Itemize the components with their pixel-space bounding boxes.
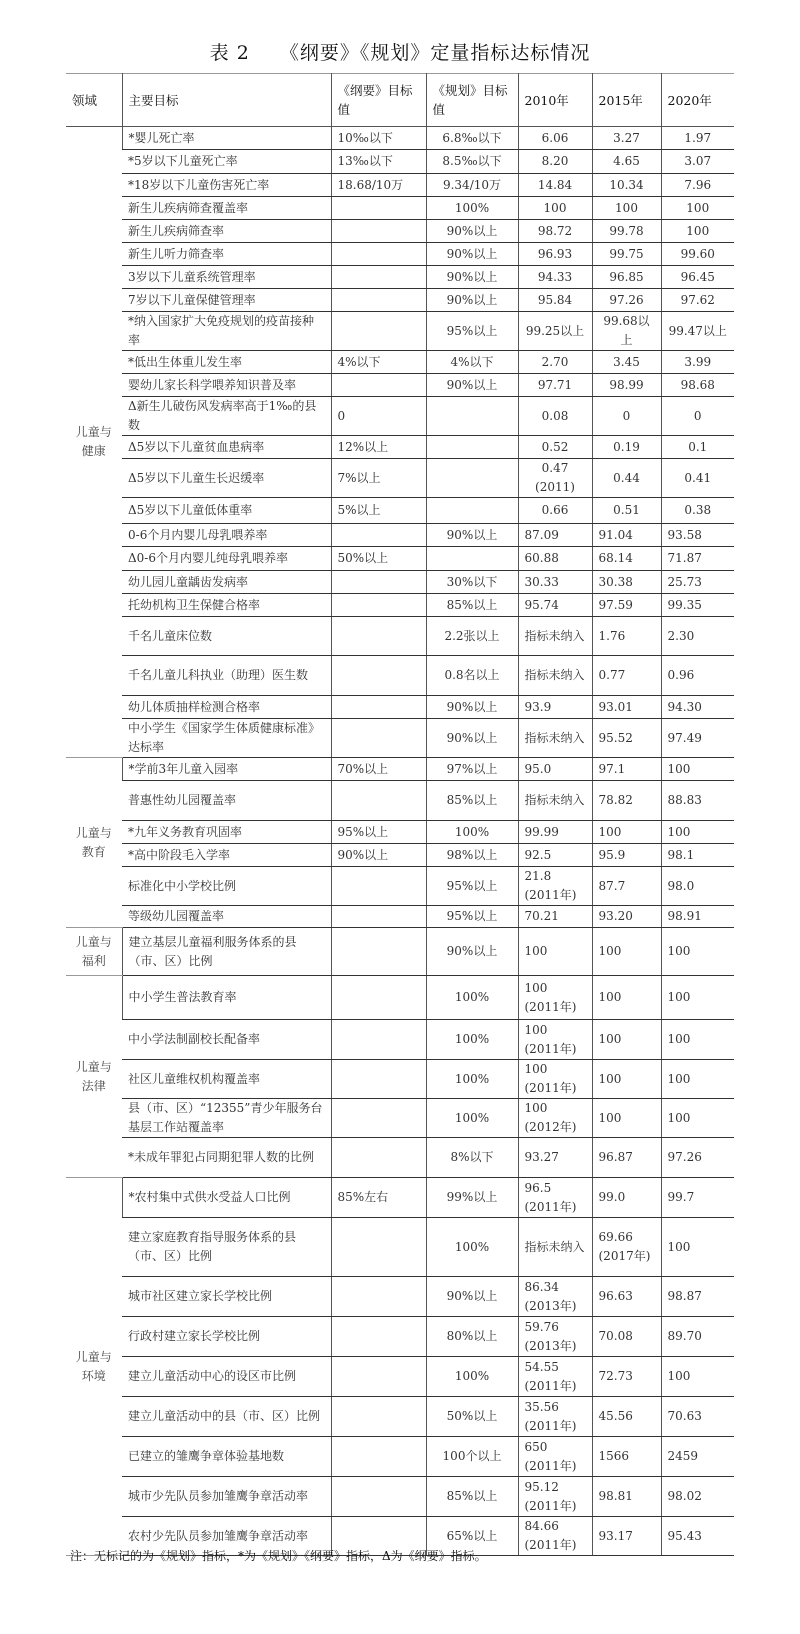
gangyao-cell bbox=[331, 719, 426, 758]
table-row: *18岁以下儿童伤害死亡率18.68/10万9.34/10万14.8410.34… bbox=[66, 174, 734, 197]
guihua-cell: 85%以上 bbox=[426, 1477, 518, 1517]
y2020-cell: 99.35 bbox=[661, 594, 734, 617]
guihua-cell: 90%以上 bbox=[426, 1277, 518, 1317]
guihua-cell: 100% bbox=[426, 1060, 518, 1099]
y2020-cell: 96.45 bbox=[661, 266, 734, 289]
y2015-cell: 100 bbox=[592, 976, 661, 1020]
table-row: *5岁以下儿童死亡率13‰以下8.5‰以下8.204.653.07 bbox=[66, 150, 734, 174]
y2015-cell: 99.78 bbox=[592, 220, 661, 243]
y2010-cell: 96.5 (2011年) bbox=[518, 1178, 592, 1218]
table-row: 中小学法制副校长配备率100%100 (2011年)100100 bbox=[66, 1020, 734, 1060]
y2010-cell: 指标未纳入 bbox=[518, 656, 592, 696]
goal-cell: Δ0-6个月内婴儿纯母乳喂养率 bbox=[122, 547, 331, 571]
y2020-cell: 98.0 bbox=[661, 867, 734, 906]
guihua-cell: 4%以下 bbox=[426, 351, 518, 374]
y2020-cell: 88.83 bbox=[661, 781, 734, 821]
table-row: *纳入国家扩大免疫规划的疫苗接种率95%以上99.25以上99.68以上99.4… bbox=[66, 312, 734, 351]
y2015-cell: 78.82 bbox=[592, 781, 661, 821]
header-gangyao-target: 《纲要》目标值 bbox=[331, 74, 426, 127]
y2015-cell: 100 bbox=[592, 821, 661, 844]
y2015-cell: 87.7 bbox=[592, 867, 661, 906]
table-row: 0-6个月内婴儿母乳喂养率90%以上87.0991.0493.58 bbox=[66, 524, 734, 547]
goal-cell: 千名儿童床位数 bbox=[122, 617, 331, 656]
y2020-cell: 98.91 bbox=[661, 906, 734, 928]
table-row: 婴幼儿家长科学喂养知识普及率90%以上97.7198.9998.68 bbox=[66, 374, 734, 397]
y2010-cell: 0.66 bbox=[518, 498, 592, 524]
y2015-cell: 10.34 bbox=[592, 174, 661, 197]
y2020-cell: 0.1 bbox=[661, 436, 734, 459]
y2010-cell: 86.34 (2013年) bbox=[518, 1277, 592, 1317]
y2015-cell: 0.51 bbox=[592, 498, 661, 524]
y2010-cell: 指标未纳入 bbox=[518, 617, 592, 656]
gangyao-cell bbox=[331, 243, 426, 266]
guihua-cell: 90%以上 bbox=[426, 719, 518, 758]
goal-cell: *高中阶段毛入学率 bbox=[122, 844, 331, 867]
y2015-cell: 72.73 bbox=[592, 1357, 661, 1397]
y2020-cell: 0.41 bbox=[661, 459, 734, 498]
y2010-cell: 98.72 bbox=[518, 220, 592, 243]
table-row: *高中阶段毛入学率90%以上98%以上92.595.998.1 bbox=[66, 844, 734, 867]
y2020-cell: 0 bbox=[661, 397, 734, 436]
gangyao-cell bbox=[331, 976, 426, 1020]
y2010-cell: 21.8 (2011年) bbox=[518, 867, 592, 906]
guihua-cell: 95%以上 bbox=[426, 312, 518, 351]
y2015-cell: 100 bbox=[592, 1060, 661, 1099]
gangyao-cell: 5%以上 bbox=[331, 498, 426, 524]
table-row: 标准化中小学校比例95%以上21.8 (2011年)87.798.0 bbox=[66, 867, 734, 906]
goal-cell: 县（市、区）“12355”青少年服务台基层工作站覆盖率 bbox=[122, 1099, 331, 1138]
y2010-cell: 87.09 bbox=[518, 524, 592, 547]
y2010-cell: 指标未纳入 bbox=[518, 1218, 592, 1277]
y2010-cell: 70.21 bbox=[518, 906, 592, 928]
y2015-cell: 96.63 bbox=[592, 1277, 661, 1317]
y2010-cell: 59.76 (2013年) bbox=[518, 1317, 592, 1357]
goal-cell: 3岁以下儿童系统管理率 bbox=[122, 266, 331, 289]
gangyao-cell bbox=[331, 1099, 426, 1138]
guihua-cell: 90%以上 bbox=[426, 696, 518, 719]
y2015-cell: 100 bbox=[592, 197, 661, 220]
guihua-cell: 8.5‰以下 bbox=[426, 150, 518, 174]
y2010-cell: 99.25以上 bbox=[518, 312, 592, 351]
table-row: Δ0-6个月内婴儿纯母乳喂养率50%以上60.8868.1471.87 bbox=[66, 547, 734, 571]
table-row: 儿童与法律中小学生普法教育率100%100 (2011年)100100 bbox=[66, 976, 734, 1020]
y2015-cell: 3.27 bbox=[592, 127, 661, 150]
y2020-cell: 7.96 bbox=[661, 174, 734, 197]
y2010-cell: 95.74 bbox=[518, 594, 592, 617]
guihua-cell: 98%以上 bbox=[426, 844, 518, 867]
y2010-cell: 0.52 bbox=[518, 436, 592, 459]
y2010-cell: 100 bbox=[518, 197, 592, 220]
gangyao-cell bbox=[331, 1397, 426, 1437]
guihua-cell: 100% bbox=[426, 1020, 518, 1060]
goal-cell: *学前3年儿童入园率 bbox=[122, 758, 331, 781]
guihua-cell bbox=[426, 459, 518, 498]
gangyao-cell: 95%以上 bbox=[331, 821, 426, 844]
guihua-cell: 90%以上 bbox=[426, 243, 518, 266]
gangyao-cell: 18.68/10万 bbox=[331, 174, 426, 197]
y2015-cell: 99.0 bbox=[592, 1178, 661, 1218]
y2015-cell: 99.68以上 bbox=[592, 312, 661, 351]
y2015-cell: 100 bbox=[592, 928, 661, 976]
y2010-cell: 100 (2011年) bbox=[518, 976, 592, 1020]
gangyao-cell bbox=[331, 1138, 426, 1178]
goal-cell: 城市少先队员参加雏鹰争章活动率 bbox=[122, 1477, 331, 1517]
guihua-cell bbox=[426, 498, 518, 524]
header-2015: 2015年 bbox=[592, 74, 661, 127]
header-domain: 领域 bbox=[66, 74, 122, 127]
gangyao-cell bbox=[331, 374, 426, 397]
goal-cell: *18岁以下儿童伤害死亡率 bbox=[122, 174, 331, 197]
table-row: 城市社区建立家长学校比例90%以上86.34 (2013年)96.6398.87 bbox=[66, 1277, 734, 1317]
y2015-cell: 0.77 bbox=[592, 656, 661, 696]
gangyao-cell bbox=[331, 289, 426, 312]
table-row: 儿童与教育*学前3年儿童入园率70%以上97%以上95.097.1100 bbox=[66, 758, 734, 781]
header-2020: 2020年 bbox=[661, 74, 734, 127]
gangyao-cell: 0 bbox=[331, 397, 426, 436]
goal-cell: 千名儿童儿科执业（助理）医生数 bbox=[122, 656, 331, 696]
y2020-cell: 97.26 bbox=[661, 1138, 734, 1178]
y2020-cell: 94.30 bbox=[661, 696, 734, 719]
table-row: 等级幼儿园覆盖率95%以上70.2193.2098.91 bbox=[66, 906, 734, 928]
table-row: 儿童与环境*农村集中式供水受益人口比例85%左右99%以上96.5 (2011年… bbox=[66, 1178, 734, 1218]
y2015-cell: 68.14 bbox=[592, 547, 661, 571]
y2010-cell: 60.88 bbox=[518, 547, 592, 571]
y2015-cell: 0 bbox=[592, 397, 661, 436]
y2010-cell: 54.55 (2011年) bbox=[518, 1357, 592, 1397]
gangyao-cell bbox=[331, 1277, 426, 1317]
guihua-cell bbox=[426, 547, 518, 571]
guihua-cell: 0.8名以上 bbox=[426, 656, 518, 696]
y2015-cell: 97.26 bbox=[592, 289, 661, 312]
y2015-cell: 69.66 (2017年) bbox=[592, 1218, 661, 1277]
y2020-cell: 100 bbox=[661, 1218, 734, 1277]
gangyao-cell: 13‰以下 bbox=[331, 150, 426, 174]
goal-cell: 建立基层儿童福利服务体系的县（市、区）比例 bbox=[122, 928, 331, 976]
goal-cell: 行政村建立家长学校比例 bbox=[122, 1317, 331, 1357]
y2010-cell: 100 (2012年) bbox=[518, 1099, 592, 1138]
guihua-cell: 6.8‰以下 bbox=[426, 127, 518, 150]
guihua-cell: 97%以上 bbox=[426, 758, 518, 781]
guihua-cell: 95%以上 bbox=[426, 867, 518, 906]
y2015-cell: 97.59 bbox=[592, 594, 661, 617]
table-row: 县（市、区）“12355”青少年服务台基层工作站覆盖率100%100 (2012… bbox=[66, 1099, 734, 1138]
gangyao-cell bbox=[331, 867, 426, 906]
y2020-cell: 100 bbox=[661, 220, 734, 243]
goal-cell: Δ5岁以下儿童生长迟缓率 bbox=[122, 459, 331, 498]
y2015-cell: 96.85 bbox=[592, 266, 661, 289]
y2015-cell: 1.76 bbox=[592, 617, 661, 656]
gangyao-cell bbox=[331, 266, 426, 289]
y2015-cell: 30.38 bbox=[592, 571, 661, 594]
goal-cell: 建立儿童活动中心的设区市比例 bbox=[122, 1357, 331, 1397]
domain-cell: 儿童与环境 bbox=[66, 1178, 122, 1556]
goal-cell: 已建立的雏鹰争章体验基地数 bbox=[122, 1437, 331, 1477]
goal-cell: 标准化中小学校比例 bbox=[122, 867, 331, 906]
goal-cell: Δ5岁以下儿童贫血患病率 bbox=[122, 436, 331, 459]
guihua-cell: 100% bbox=[426, 197, 518, 220]
y2020-cell: 100 bbox=[661, 758, 734, 781]
gangyao-cell bbox=[331, 197, 426, 220]
table-note: 注：无标记的为《规划》指标，*为《规划》《纲要》指标，Δ为《纲要》指标。 bbox=[70, 1547, 487, 1564]
table-row: 千名儿童儿科执业（助理）医生数0.8名以上指标未纳入0.770.96 bbox=[66, 656, 734, 696]
domain-cell: 儿童与健康 bbox=[66, 127, 122, 758]
indicator-table: 领域 主要目标 《纲要》目标值 《规划》目标值 2010年 2015年 2020… bbox=[66, 73, 734, 1556]
goal-cell: 建立儿童活动中的县（市、区）比例 bbox=[122, 1397, 331, 1437]
guihua-cell: 85%以上 bbox=[426, 594, 518, 617]
guihua-cell: 85%以上 bbox=[426, 781, 518, 821]
table-row: 新生儿疾病筛查率90%以上98.7299.78100 bbox=[66, 220, 734, 243]
gangyao-cell bbox=[331, 524, 426, 547]
guihua-cell: 80%以上 bbox=[426, 1317, 518, 1357]
guihua-cell: 100% bbox=[426, 976, 518, 1020]
y2020-cell: 98.87 bbox=[661, 1277, 734, 1317]
y2015-cell: 45.56 bbox=[592, 1397, 661, 1437]
y2015-cell: 96.87 bbox=[592, 1138, 661, 1178]
table-row: 建立儿童活动中的县（市、区）比例50%以上35.56 (2011年)45.567… bbox=[66, 1397, 734, 1437]
gangyao-cell bbox=[331, 571, 426, 594]
gangyao-cell bbox=[331, 906, 426, 928]
goal-cell: 新生儿疾病筛查覆盖率 bbox=[122, 197, 331, 220]
guihua-cell: 50%以上 bbox=[426, 1397, 518, 1437]
y2015-cell: 93.17 bbox=[592, 1517, 661, 1556]
domain-cell: 儿童与法律 bbox=[66, 976, 122, 1178]
y2010-cell: 指标未纳入 bbox=[518, 781, 592, 821]
y2020-cell: 100 bbox=[661, 821, 734, 844]
y2010-cell: 35.56 (2011年) bbox=[518, 1397, 592, 1437]
table-row: 3岁以下儿童系统管理率90%以上94.3396.8596.45 bbox=[66, 266, 734, 289]
y2015-cell: 95.52 bbox=[592, 719, 661, 758]
gangyao-cell bbox=[331, 617, 426, 656]
table-row: 行政村建立家长学校比例80%以上59.76 (2013年)70.0889.70 bbox=[66, 1317, 734, 1357]
gangyao-cell bbox=[331, 696, 426, 719]
y2015-cell: 93.01 bbox=[592, 696, 661, 719]
y2010-cell: 8.20 bbox=[518, 150, 592, 174]
y2020-cell: 99.60 bbox=[661, 243, 734, 266]
y2015-cell: 3.45 bbox=[592, 351, 661, 374]
goal-cell: *纳入国家扩大免疫规划的疫苗接种率 bbox=[122, 312, 331, 351]
table-row: 建立家庭教育指导服务体系的县（市、区）比例100%指标未纳入69.66 (201… bbox=[66, 1218, 734, 1277]
goal-cell: *未成年罪犯占同期犯罪人数的比例 bbox=[122, 1138, 331, 1178]
gangyao-cell: 50%以上 bbox=[331, 547, 426, 571]
y2015-cell: 91.04 bbox=[592, 524, 661, 547]
y2020-cell: 2459 bbox=[661, 1437, 734, 1477]
header-goal: 主要目标 bbox=[122, 74, 331, 127]
y2020-cell: 93.58 bbox=[661, 524, 734, 547]
y2020-cell: 2.30 bbox=[661, 617, 734, 656]
y2020-cell: 98.68 bbox=[661, 374, 734, 397]
y2015-cell: 1566 bbox=[592, 1437, 661, 1477]
y2020-cell: 25.73 bbox=[661, 571, 734, 594]
gangyao-cell bbox=[331, 656, 426, 696]
table-row: Δ5岁以下儿童生长迟缓率7%以上0.47 (2011)0.440.41 bbox=[66, 459, 734, 498]
gangyao-cell bbox=[331, 594, 426, 617]
guihua-cell: 90%以上 bbox=[426, 220, 518, 243]
y2020-cell: 100 bbox=[661, 1020, 734, 1060]
goal-cell: 城市社区建立家长学校比例 bbox=[122, 1277, 331, 1317]
guihua-cell: 8%以下 bbox=[426, 1138, 518, 1178]
guihua-cell: 99%以上 bbox=[426, 1178, 518, 1218]
gangyao-cell bbox=[331, 312, 426, 351]
goal-cell: 幼儿体质抽样检测合格率 bbox=[122, 696, 331, 719]
gangyao-cell bbox=[331, 781, 426, 821]
y2020-cell: 97.62 bbox=[661, 289, 734, 312]
table-row: 幼儿体质抽样检测合格率90%以上93.993.0194.30 bbox=[66, 696, 734, 719]
y2010-cell: 95.84 bbox=[518, 289, 592, 312]
table-row: 7岁以下儿童保健管理率90%以上95.8497.2697.62 bbox=[66, 289, 734, 312]
y2010-cell: 94.33 bbox=[518, 266, 592, 289]
goal-cell: *5岁以下儿童死亡率 bbox=[122, 150, 331, 174]
y2010-cell: 95.0 bbox=[518, 758, 592, 781]
y2010-cell: 0.08 bbox=[518, 397, 592, 436]
table-row: 城市少先队员参加雏鹰争章活动率85%以上95.12 (2011年)98.8198… bbox=[66, 1477, 734, 1517]
y2020-cell: 100 bbox=[661, 976, 734, 1020]
y2020-cell: 71.87 bbox=[661, 547, 734, 571]
y2015-cell: 0.19 bbox=[592, 436, 661, 459]
gangyao-cell: 4%以下 bbox=[331, 351, 426, 374]
table-row: *低出生体重儿发生率4%以下4%以下2.703.453.99 bbox=[66, 351, 734, 374]
y2015-cell: 70.08 bbox=[592, 1317, 661, 1357]
table-row: *九年义务教育巩固率95%以上100%99.99100100 bbox=[66, 821, 734, 844]
guihua-cell: 100% bbox=[426, 1357, 518, 1397]
guihua-cell: 9.34/10万 bbox=[426, 174, 518, 197]
header-row: 领域 主要目标 《纲要》目标值 《规划》目标值 2010年 2015年 2020… bbox=[66, 74, 734, 127]
y2015-cell: 4.65 bbox=[592, 150, 661, 174]
y2020-cell: 3.07 bbox=[661, 150, 734, 174]
table-row: 千名儿童床位数2.2张以上指标未纳入1.762.30 bbox=[66, 617, 734, 656]
y2020-cell: 100 bbox=[661, 1099, 734, 1138]
guihua-cell: 100% bbox=[426, 1099, 518, 1138]
y2020-cell: 99.47以上 bbox=[661, 312, 734, 351]
y2020-cell: 100 bbox=[661, 928, 734, 976]
gangyao-cell bbox=[331, 1218, 426, 1277]
y2010-cell: 100 (2011年) bbox=[518, 1020, 592, 1060]
table-row: 新生儿疾病筛查覆盖率100%100100100 bbox=[66, 197, 734, 220]
table-title: 表 2《纲要》《规划》定量指标达标情况 bbox=[0, 38, 800, 65]
goal-cell: 社区儿童维权机构覆盖率 bbox=[122, 1060, 331, 1099]
guihua-cell: 90%以上 bbox=[426, 374, 518, 397]
y2020-cell: 89.70 bbox=[661, 1317, 734, 1357]
table-number: 表 2 bbox=[210, 42, 250, 64]
guihua-cell bbox=[426, 436, 518, 459]
y2015-cell: 93.20 bbox=[592, 906, 661, 928]
y2020-cell: 1.97 bbox=[661, 127, 734, 150]
y2020-cell: 3.99 bbox=[661, 351, 734, 374]
gangyao-cell bbox=[331, 1477, 426, 1517]
gangyao-cell bbox=[331, 1437, 426, 1477]
y2020-cell: 100 bbox=[661, 1060, 734, 1099]
goal-cell: *九年义务教育巩固率 bbox=[122, 821, 331, 844]
guihua-cell: 90%以上 bbox=[426, 928, 518, 976]
goal-cell: 婴幼儿家长科学喂养知识普及率 bbox=[122, 374, 331, 397]
y2020-cell: 0.38 bbox=[661, 498, 734, 524]
gangyao-cell bbox=[331, 220, 426, 243]
y2020-cell: 95.43 bbox=[661, 1517, 734, 1556]
y2010-cell: 指标未纳入 bbox=[518, 719, 592, 758]
goal-cell: 7岁以下儿童保健管理率 bbox=[122, 289, 331, 312]
gangyao-cell bbox=[331, 1020, 426, 1060]
table-row: Δ5岁以下儿童贫血患病率12%以上0.520.190.1 bbox=[66, 436, 734, 459]
y2015-cell: 99.75 bbox=[592, 243, 661, 266]
y2015-cell: 0.44 bbox=[592, 459, 661, 498]
gangyao-cell: 12%以上 bbox=[331, 436, 426, 459]
guihua-cell bbox=[426, 397, 518, 436]
table-row: 中小学生《国家学生体质健康标准》达标率90%以上指标未纳入95.5297.49 bbox=[66, 719, 734, 758]
table-row: Δ5岁以下儿童低体重率5%以上0.660.510.38 bbox=[66, 498, 734, 524]
goal-cell: Δ新生儿破伤风发病率高于1‰的县数 bbox=[122, 397, 331, 436]
goal-cell: *婴儿死亡率 bbox=[122, 127, 331, 150]
gangyao-cell: 90%以上 bbox=[331, 844, 426, 867]
y2010-cell: 97.71 bbox=[518, 374, 592, 397]
goal-cell: Δ5岁以下儿童低体重率 bbox=[122, 498, 331, 524]
gangyao-cell bbox=[331, 1317, 426, 1357]
table-title-text: 《纲要》《规划》定量指标达标情况 bbox=[280, 42, 591, 64]
gangyao-cell: 70%以上 bbox=[331, 758, 426, 781]
y2020-cell: 70.63 bbox=[661, 1397, 734, 1437]
gangyao-cell: 10‰以下 bbox=[331, 127, 426, 150]
gangyao-cell: 85%左右 bbox=[331, 1178, 426, 1218]
table-row: 普惠性幼儿园覆盖率85%以上指标未纳入78.8288.83 bbox=[66, 781, 734, 821]
domain-cell: 儿童与福利 bbox=[66, 928, 122, 976]
y2020-cell: 100 bbox=[661, 197, 734, 220]
table-row: 幼儿园儿童龋齿发病率30%以下30.3330.3825.73 bbox=[66, 571, 734, 594]
y2010-cell: 95.12 (2011年) bbox=[518, 1477, 592, 1517]
guihua-cell: 90%以上 bbox=[426, 289, 518, 312]
y2020-cell: 0.96 bbox=[661, 656, 734, 696]
gangyao-cell: 7%以上 bbox=[331, 459, 426, 498]
y2010-cell: 100 (2011年) bbox=[518, 1060, 592, 1099]
goal-cell: 等级幼儿园覆盖率 bbox=[122, 906, 331, 928]
goal-cell: 0-6个月内婴儿母乳喂养率 bbox=[122, 524, 331, 547]
y2020-cell: 100 bbox=[661, 1357, 734, 1397]
y2010-cell: 2.70 bbox=[518, 351, 592, 374]
y2010-cell: 96.93 bbox=[518, 243, 592, 266]
table-row: 建立儿童活动中心的设区市比例100%54.55 (2011年)72.73100 bbox=[66, 1357, 734, 1397]
guihua-cell: 95%以上 bbox=[426, 906, 518, 928]
y2010-cell: 650 (2011年) bbox=[518, 1437, 592, 1477]
guihua-cell: 30%以下 bbox=[426, 571, 518, 594]
y2010-cell: 30.33 bbox=[518, 571, 592, 594]
y2020-cell: 98.02 bbox=[661, 1477, 734, 1517]
y2010-cell: 6.06 bbox=[518, 127, 592, 150]
table-row: 新生儿听力筛查率90%以上96.9399.7599.60 bbox=[66, 243, 734, 266]
y2020-cell: 97.49 bbox=[661, 719, 734, 758]
table-row: Δ新生儿破伤风发病率高于1‰的县数00.0800 bbox=[66, 397, 734, 436]
goal-cell: 中小学法制副校长配备率 bbox=[122, 1020, 331, 1060]
y2010-cell: 93.9 bbox=[518, 696, 592, 719]
y2015-cell: 95.9 bbox=[592, 844, 661, 867]
goal-cell: 普惠性幼儿园覆盖率 bbox=[122, 781, 331, 821]
goal-cell: 幼儿园儿童龋齿发病率 bbox=[122, 571, 331, 594]
y2015-cell: 100 bbox=[592, 1099, 661, 1138]
goal-cell: 中小学生普法教育率 bbox=[122, 976, 331, 1020]
gangyao-cell bbox=[331, 928, 426, 976]
goal-cell: 新生儿听力筛查率 bbox=[122, 243, 331, 266]
y2010-cell: 84.66 (2011年) bbox=[518, 1517, 592, 1556]
y2010-cell: 99.99 bbox=[518, 821, 592, 844]
goal-cell: *农村集中式供水受益人口比例 bbox=[122, 1178, 331, 1218]
gangyao-cell bbox=[331, 1060, 426, 1099]
y2010-cell: 100 bbox=[518, 928, 592, 976]
y2020-cell: 98.1 bbox=[661, 844, 734, 867]
table-row: 儿童与福利建立基层儿童福利服务体系的县（市、区）比例90%以上100100100 bbox=[66, 928, 734, 976]
y2015-cell: 98.99 bbox=[592, 374, 661, 397]
table-row: 已建立的雏鹰争章体验基地数100个以上650 (2011年)15662459 bbox=[66, 1437, 734, 1477]
domain-cell: 儿童与教育 bbox=[66, 758, 122, 928]
y2015-cell: 98.81 bbox=[592, 1477, 661, 1517]
guihua-cell: 100个以上 bbox=[426, 1437, 518, 1477]
y2015-cell: 97.1 bbox=[592, 758, 661, 781]
y2015-cell: 100 bbox=[592, 1020, 661, 1060]
